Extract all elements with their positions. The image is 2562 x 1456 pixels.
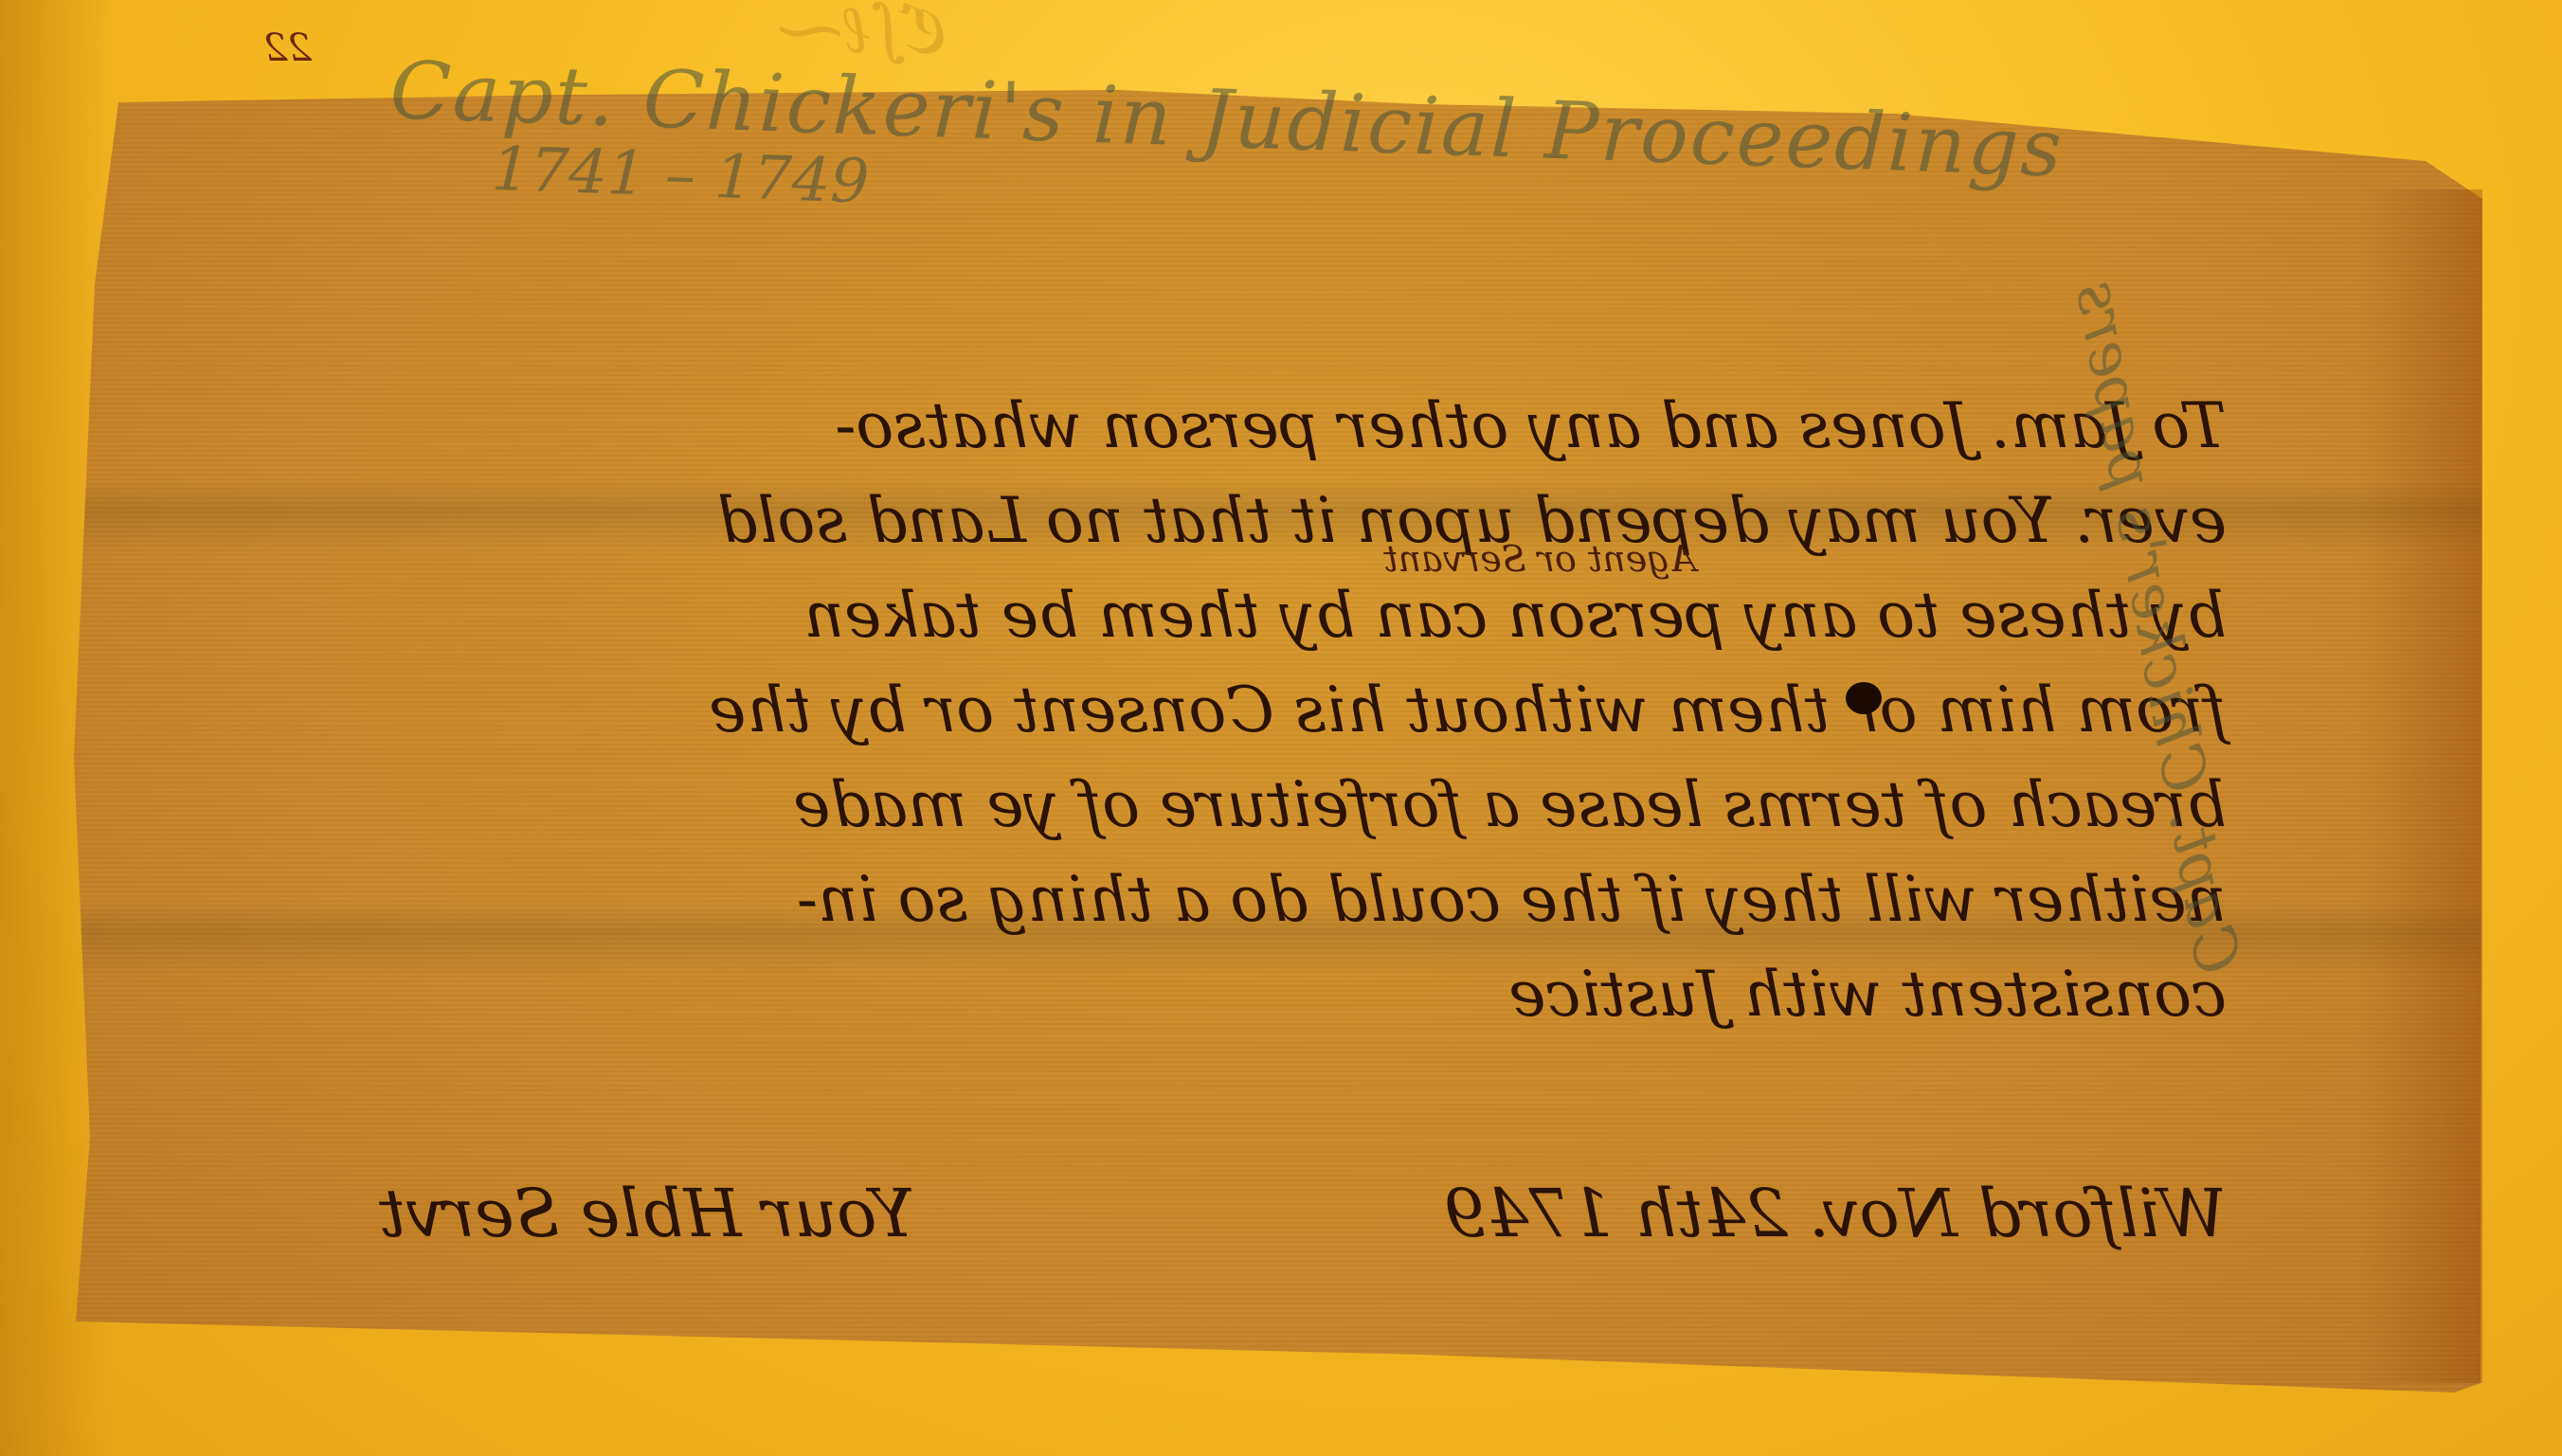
dateline: Wilford Nov. 24th 1749 — [1444, 1175, 2227, 1252]
paper-edge-stain — [2359, 189, 2482, 1383]
letter-line: consistent with Justice — [189, 947, 2227, 1042]
letter-closing: Wilford Nov. 24th 1749 Your Hble Servt — [379, 1175, 2227, 1252]
letter-line: from him or them without his Consent or … — [189, 663, 2227, 758]
ink-blot — [1846, 682, 1882, 714]
letter-line: neither will they if the could do a thin… — [189, 853, 2227, 947]
letter-body: To Jam. Jones and any other person whats… — [189, 379, 2227, 1252]
letter-line: To Jam. Jones and any other person whats… — [189, 379, 2227, 474]
folio-number: 22 — [263, 27, 312, 70]
letter-line: breach of terms lease a forfeiture of ye… — [189, 758, 2227, 853]
signature: Your Hble Servt — [379, 1175, 915, 1252]
letter-line: by these to any person can by them be ta… — [189, 568, 2227, 663]
